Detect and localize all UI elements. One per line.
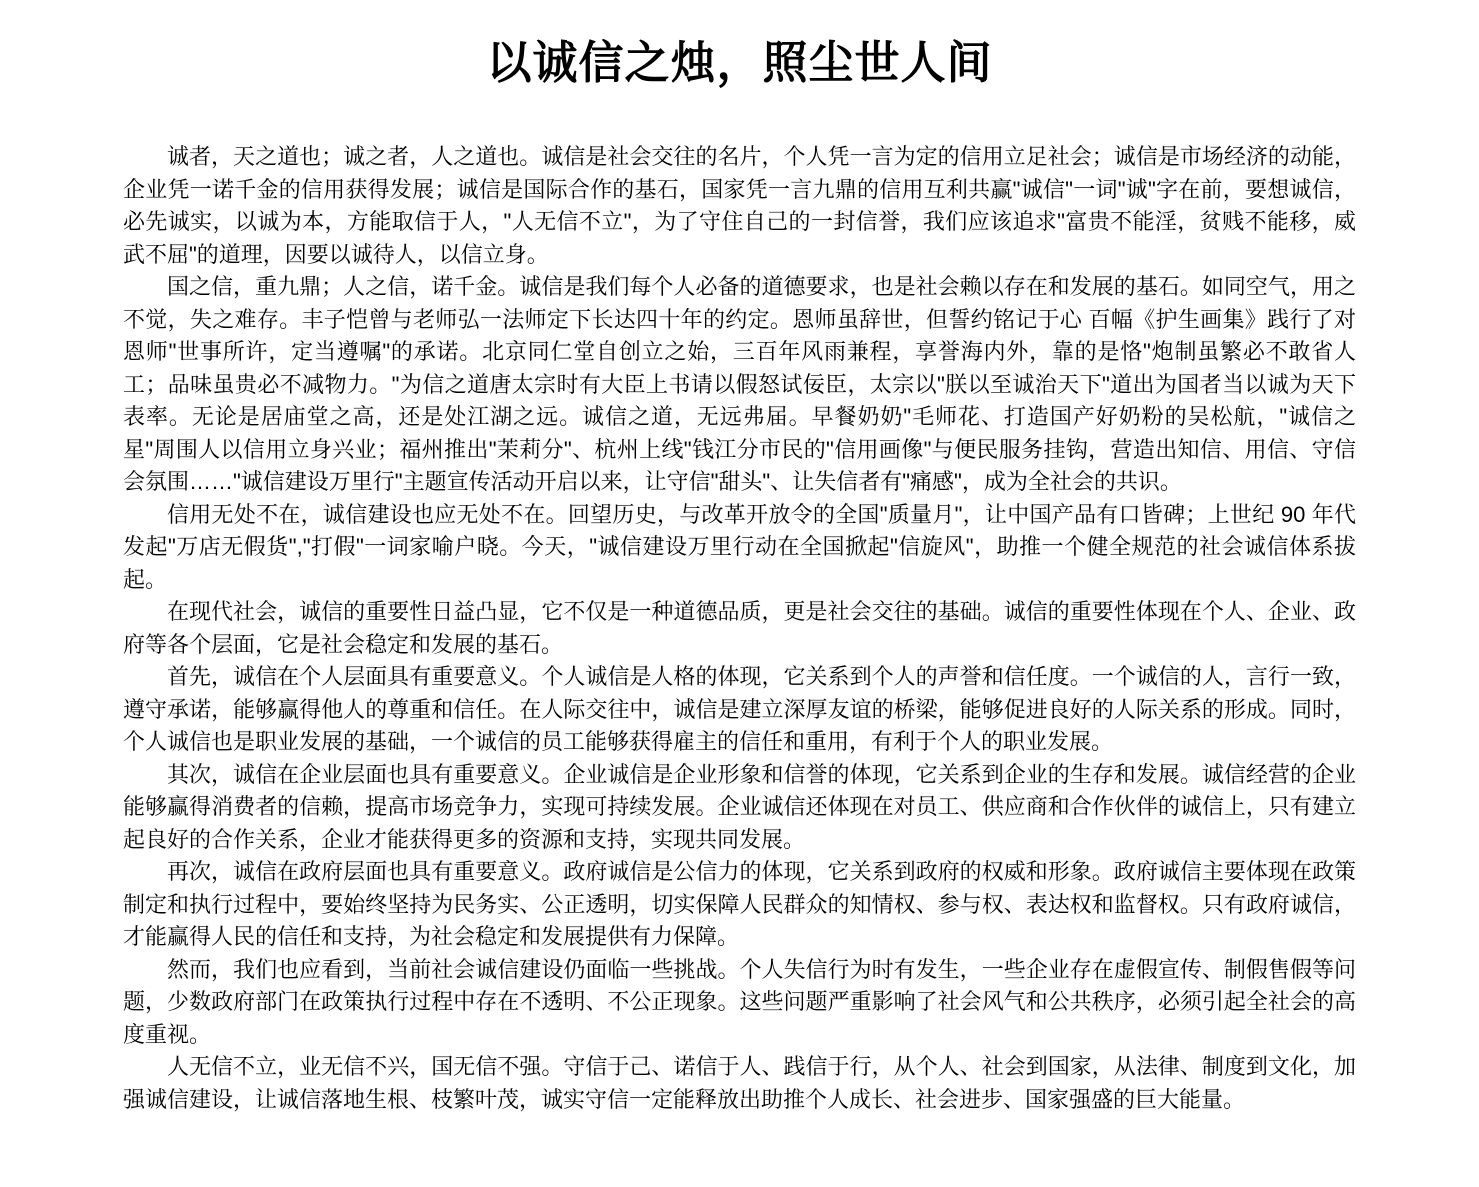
paragraph-3: 信用无处不在，诚信建设也应无处不在。回望历史，与改革开放令的全国"质量月"，让中…	[123, 499, 1356, 597]
paragraph-7: 再次，诚信在政府层面也具有重要意义。政府诚信是公信力的体现，它关系到政府的权威和…	[123, 856, 1356, 954]
paragraph-9: 人无信不立，业无信不兴，国无信不强。守信于己、诺信于人、践信于行，从个人、社会到…	[123, 1051, 1356, 1116]
paragraph-1: 诚者，天之道也；诚之者，人之道也。诚信是社会交往的名片，个人凭一言为定的信用立足…	[123, 141, 1356, 271]
paragraph-8: 然而，我们也应看到，当前社会诚信建设仍面临一些挑战。个人失信行为时有发生，一些企…	[123, 954, 1356, 1052]
paragraph-4: 在现代社会，诚信的重要性日益凸显，它不仅是一种道德品质，更是社会交往的基础。诚信…	[123, 596, 1356, 661]
document-page: 以诚信之烛，照尘世人间 诚者，天之道也；诚之者，人之道也。诚信是社会交往的名片，…	[0, 0, 1479, 1187]
paragraph-6: 其次，诚信在企业层面也具有重要意义。企业诚信是企业形象和信誉的体现，它关系到企业…	[123, 759, 1356, 857]
paragraph-2: 国之信，重九鼎；人之信，诺千金。诚信是我们每个人必备的道德要求，也是社会赖以存在…	[123, 271, 1356, 499]
page-title: 以诚信之烛，照尘世人间	[123, 26, 1356, 91]
paragraph-5: 首先，诚信在个人层面具有重要意义。个人诚信是人格的体现，它关系到个人的声誉和信任…	[123, 661, 1356, 759]
